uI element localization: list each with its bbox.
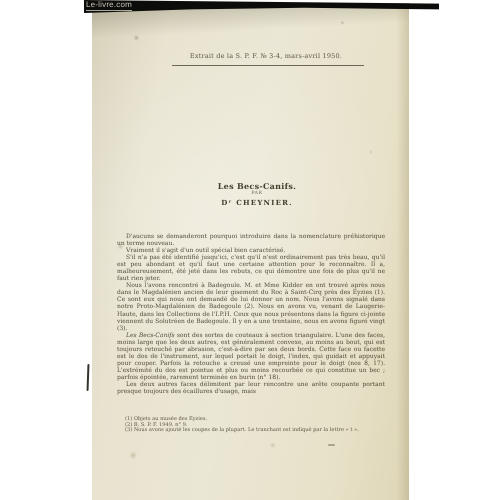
footnotes: (1) Objets au musée des Eyzies. (2) B. S… xyxy=(117,417,385,434)
paragraph-text: sont des sortes de couteaux à section tr… xyxy=(117,332,385,381)
body-paragraph: Vraiment il s'agit d'un outil spécial bi… xyxy=(117,247,385,254)
scanned-page: Extrait de la S. P. F. № 3-4, mars-avril… xyxy=(92,3,409,500)
watermark: Le-livre.com xyxy=(86,0,132,11)
staple-mark xyxy=(87,364,90,391)
body-paragraph: S'il n'a pas été identifié jusqu'ici, c'… xyxy=(117,254,385,282)
article-author: Dʳ CHEYNIER. xyxy=(98,198,416,207)
body-paragraph: Les deux autres faces délimitent par leu… xyxy=(117,381,385,395)
paragraph-text: Nous l'avons rencontré à Badegoule. M. e… xyxy=(117,282,385,331)
ink-smudge xyxy=(328,444,335,446)
article-body: D'aucuns se demanderont pourquoi introdu… xyxy=(117,233,385,395)
header-rule xyxy=(172,65,364,66)
paragraph-text: D'aucuns se demanderont pourquoi introdu… xyxy=(117,233,385,247)
byline-prefix: PAR xyxy=(98,191,416,196)
footnote: (3) Nous avons ajouté les coupes de la p… xyxy=(117,428,385,434)
body-paragraph: Nous l'avons rencontré à Badegoule. M. e… xyxy=(117,282,385,331)
body-paragraph: Les Becs-Canifs sont des sortes de coute… xyxy=(117,332,385,381)
paragraph-text: S'il n'a pas été identifié jusqu'ici, c'… xyxy=(117,254,385,282)
product-photo: Le-livre.com Extrait de la S. P. F. № 3-… xyxy=(0,0,500,500)
paragraph-lead: Les Becs-Canifs xyxy=(126,332,175,339)
article-title: Les Becs-Canifs. xyxy=(98,181,416,191)
offprint-header: Extrait de la S. P. F. № 3-4, mars-avril… xyxy=(170,52,362,60)
paragraph-text: Les deux autres faces délimitent par leu… xyxy=(117,381,385,395)
paragraph-text: Vraiment il s'agit d'un outil spécial bi… xyxy=(126,247,285,254)
body-paragraph: D'aucuns se demanderont pourquoi introdu… xyxy=(117,233,385,247)
